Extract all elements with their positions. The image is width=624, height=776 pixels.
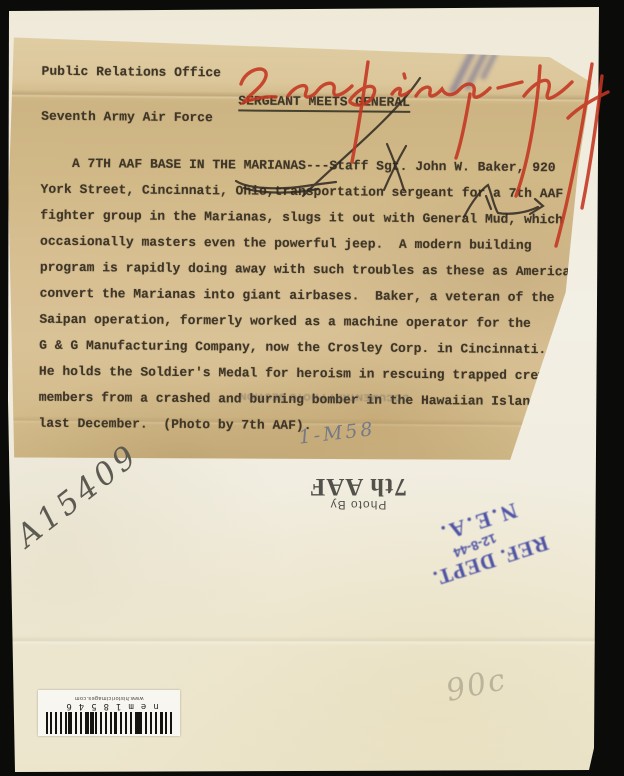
barcode-url: www.historicimages.com bbox=[75, 694, 144, 701]
scanned-document-page: Public Relations Office Seventh Army Air… bbox=[0, 0, 624, 776]
caption-sheet: Public Relations Office Seventh Army Air… bbox=[4, 31, 602, 474]
documentary-photo-stamp: DOCUMENTARY PHOTO SECTION bbox=[219, 390, 409, 403]
photo-by-7th-aaf-stamp: Photo By 7th AAF bbox=[292, 474, 424, 512]
photo-by-line: Photo By bbox=[292, 498, 424, 512]
caption-title: SERGEANT MEETS GENERAL bbox=[238, 93, 410, 112]
barcode-icon bbox=[46, 712, 172, 734]
barcode-code: nem18546 bbox=[59, 701, 158, 711]
office-line1: Public Relations Office bbox=[42, 64, 222, 81]
issuing-office: Public Relations Office Seventh Army Air… bbox=[41, 34, 221, 156]
barcode-label: nem18546 www.historicimages.com bbox=[38, 690, 180, 736]
office-line2: Seventh Army Air Force bbox=[41, 109, 221, 126]
unit-line: 7th AAF bbox=[292, 474, 424, 498]
